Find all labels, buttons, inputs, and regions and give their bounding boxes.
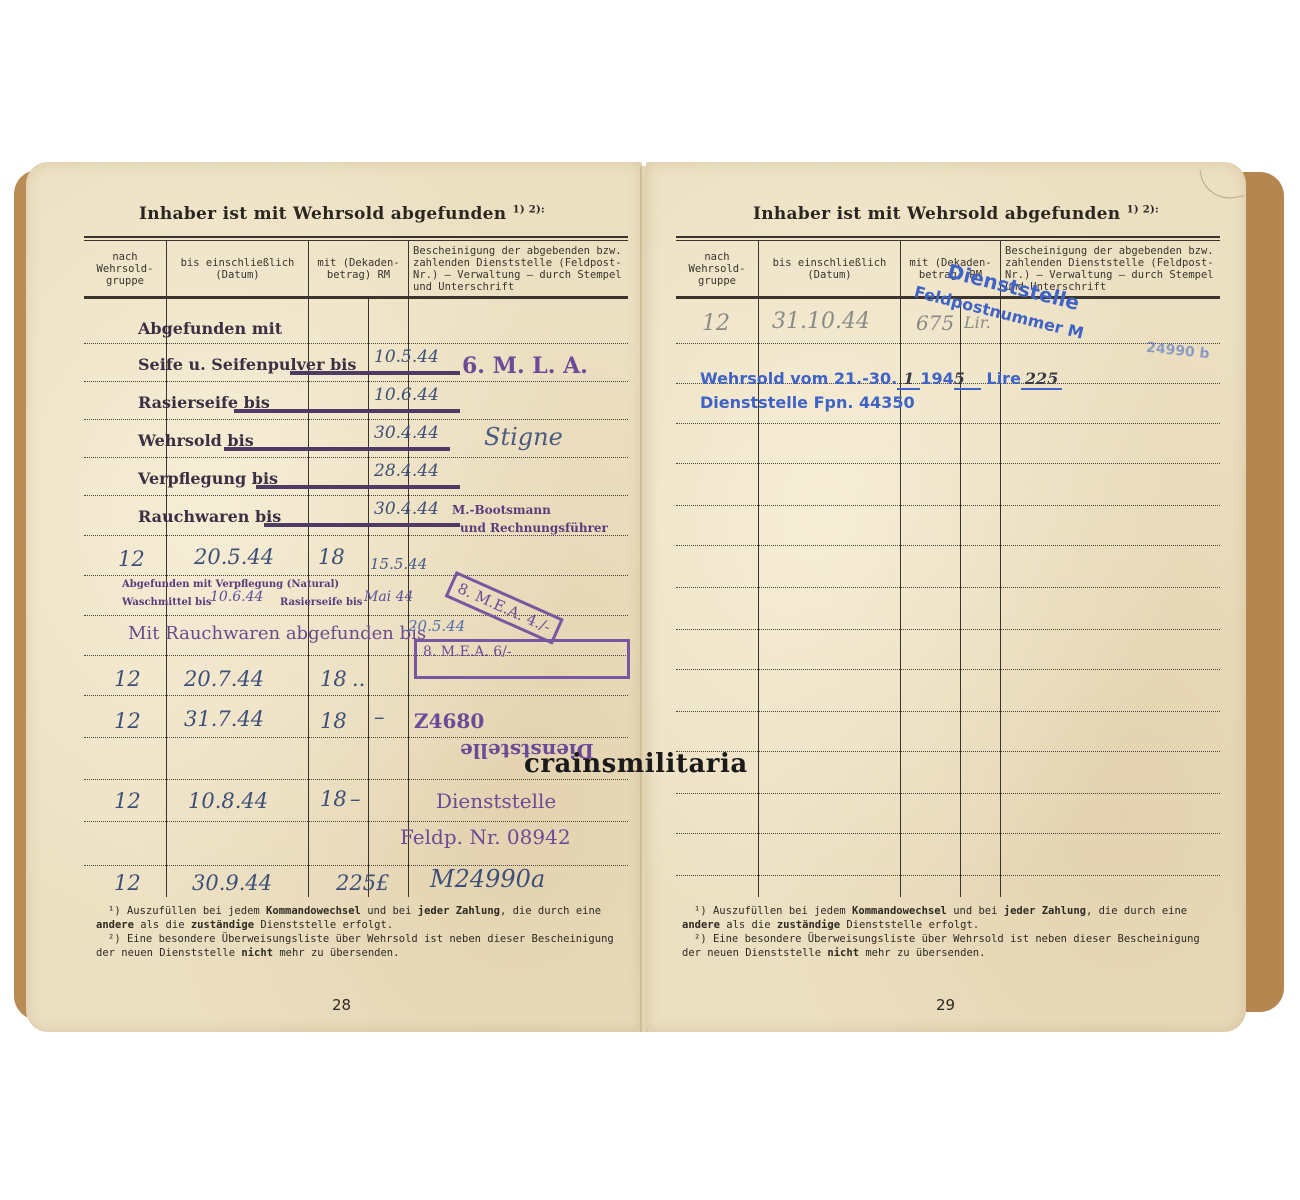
fn-text: und bei [361, 905, 418, 917]
stamp-unit: 6. M. L. A. [462, 353, 588, 379]
underline [224, 447, 450, 451]
stamp-number: Z4680 [414, 709, 484, 733]
fn-text: als die [134, 919, 191, 931]
page-title: Inhaber ist mit Wehrsold abgefunden 1) 2… [62, 204, 622, 224]
cell-datum: 20.5.44 [194, 545, 274, 569]
fn-text: Dienststelle erfolgt. [840, 919, 979, 931]
row-line [676, 751, 1220, 752]
row-line [84, 865, 628, 866]
row-line [676, 669, 1220, 670]
cell-datum: 30.9.44 [192, 871, 272, 895]
cell-betrag: 18 [320, 787, 347, 811]
title-text: Inhaber ist mit Wehrsold abgefunden [753, 204, 1121, 224]
wehrsold-currency: Lire [987, 369, 1021, 388]
col-header-datum: bis einschließlich (Datum) [758, 241, 900, 296]
waschmittel-label: Waschmittel bis [122, 597, 212, 608]
wehrsold-year-digit: 5 [954, 369, 981, 390]
row-line [84, 737, 628, 738]
stamp-box-mea6: 8. M.E.A. 6/- [414, 639, 630, 679]
underline [234, 409, 460, 413]
wehrsold-stamp: Wehrsold vom 21.-30.11945 Lire225 [700, 369, 1062, 388]
row-line [676, 711, 1220, 712]
row-line [84, 695, 628, 696]
page-28: Inhaber ist mit Wehrsold abgefunden 1) 2… [26, 162, 642, 1032]
col-header-gruppe: nach Wehrsold-gruppe [84, 241, 166, 296]
fn-bold: zuständige [191, 919, 254, 931]
row-line [84, 419, 628, 420]
cell-betrag: 675 [916, 311, 954, 335]
rasierseife-label: Rasierseife bis [280, 597, 362, 608]
row-line [676, 463, 1220, 464]
wehrsold-prefix: Wehrsold vom 21.-30. [700, 369, 897, 388]
col-header-betrag: mit (Dekaden-betrag) RM [308, 241, 408, 296]
cell-betrag: 225 [336, 871, 376, 895]
col-header-datum: bis einschließlich (Datum) [166, 241, 308, 296]
row-line [676, 793, 1220, 794]
fn-text: , die durch eine [500, 905, 601, 917]
cell-gruppe: 12 [114, 789, 141, 813]
cell-datum: 10.8.44 [188, 789, 268, 813]
fn-bold: nicht [827, 947, 859, 959]
abgefunden-heading: Abgefunden mit [138, 319, 282, 338]
row-line [676, 587, 1220, 588]
date-handwritten: 30.4.44 [374, 499, 439, 519]
rauchwaren-label: Mit Rauchwaren abgefunden bis [128, 623, 426, 644]
fn-text: Dienststelle erfolgt. [254, 919, 393, 931]
rauchwaren-date: 20.5.44 [408, 617, 465, 635]
cell-gruppe: 12 [114, 871, 141, 895]
cell-bescheinigung: M24990a [430, 865, 545, 893]
table-body: 12 31.10.44 675 Lir. Dienststelle Feldpo… [676, 299, 1220, 897]
rasierseife-date: Mai 44 [364, 589, 413, 605]
row-line [84, 343, 628, 344]
stamp-dienststelle: Dienststelle [436, 789, 556, 813]
row-line [84, 457, 628, 458]
date-handwritten: 30.4.44 [374, 423, 439, 443]
footnotes: ¹) Auszufüllen bei jedem Kommandowechsel… [96, 904, 636, 960]
row-line [84, 495, 628, 496]
cell-datum: 31.10.44 [772, 309, 870, 334]
date-handwritten: 10.6.44 [374, 385, 439, 405]
fn-text: , die durch eine [1086, 905, 1187, 917]
footnote-markers: 1) 2): [1127, 204, 1159, 215]
dienststelle-fpn-stamp: Dienststelle Fpn. 44350 [700, 393, 915, 412]
signature: Stigne [484, 423, 563, 451]
page-title: Inhaber ist mit Wehrsold abgefunden 1) 2… [666, 204, 1246, 224]
row-line [84, 779, 628, 780]
row-line [676, 629, 1220, 630]
column-divider [758, 299, 759, 897]
row-line [84, 535, 628, 536]
cell-gruppe: 12 [702, 311, 730, 336]
fn-text: ¹) Auszufüllen bei jedem [694, 905, 852, 917]
fn-text: ¹) Auszufüllen bei jedem [108, 905, 266, 917]
fn-bold: andere [96, 919, 134, 931]
title-text: Inhaber ist mit Wehrsold abgefunden [139, 204, 507, 224]
row-line [676, 505, 1220, 506]
fn-bold: zuständige [777, 919, 840, 931]
row-line [676, 545, 1220, 546]
date-handwritten: 10.5.44 [374, 347, 439, 367]
underline [256, 485, 460, 489]
open-booklet: Inhaber ist mit Wehrsold abgefunden 1) 2… [14, 162, 1284, 1037]
fn-bold: nicht [241, 947, 273, 959]
wehrsold-month: 1 [897, 369, 920, 390]
cell-datum: 31.7.44 [184, 707, 264, 731]
col-header-bescheinigung: Bescheinigung der abgebenden bzw. zahlen… [408, 241, 628, 296]
cell-betrag: 18 [320, 667, 347, 691]
row-line [676, 833, 1220, 834]
cell-note: 15.5.44 [370, 555, 427, 573]
watermark: crainsmilitaria [524, 749, 748, 779]
pay-table: nach Wehrsold-gruppe bis einschließlich … [84, 236, 628, 897]
row-line [676, 343, 1220, 344]
cell-gruppe: 12 [114, 667, 141, 691]
fn-bold: Kommandowechsel [852, 905, 947, 917]
footnotes: ¹) Auszufüllen bei jedem Kommandowechsel… [682, 904, 1222, 960]
underline [290, 371, 460, 375]
fn-bold: jeder Zahlung [418, 905, 500, 917]
underline [264, 523, 460, 527]
fn-bold: Kommandowechsel [266, 905, 361, 917]
waschmittel-date: 10.6.44 [210, 589, 263, 605]
footnote-1: ¹) Auszufüllen bei jedem Kommandowechsel… [682, 904, 1222, 932]
cell-suffix: – [350, 787, 361, 811]
stamp-role: und Rechnungsführer [460, 521, 608, 535]
corner-crease [1199, 163, 1244, 203]
footnote-2: ²) Eine besondere Überweisungsliste über… [682, 932, 1222, 960]
fn-text: und bei [947, 905, 1004, 917]
cell-betrag: 18 [320, 709, 347, 733]
stamp-role: M.-Bootsmann [452, 503, 551, 517]
fn-bold: jeder Zahlung [1004, 905, 1086, 917]
stamp-feldpost: Feldp. Nr. 08942 [400, 825, 571, 849]
cell-gruppe: 12 [118, 547, 145, 571]
fn-text: mehr zu übersenden. [273, 947, 399, 959]
cell-suffix: £ [376, 871, 389, 895]
row-line [84, 575, 628, 576]
cell-betrag: 18 [318, 545, 345, 569]
table-header: nach Wehrsold-gruppe bis einschließlich … [84, 241, 628, 299]
fn-text: mehr zu übersenden. [859, 947, 985, 959]
footnote-markers: 1) 2): [513, 204, 545, 215]
item-label: Rauchwaren bis [138, 507, 281, 526]
page-number: 28 [332, 996, 351, 1014]
cell-gruppe: 12 [114, 709, 141, 733]
fn-bold: andere [682, 919, 720, 931]
wehrsold-amount: 225 [1021, 369, 1062, 390]
cell-datum: 20.7.44 [184, 667, 264, 691]
cell-suffix: .. [352, 667, 365, 691]
footnote-1: ¹) Auszufüllen bei jedem Kommandowechsel… [96, 904, 636, 932]
row-line [84, 381, 628, 382]
cell-suffix: – [374, 705, 385, 729]
row-line [676, 875, 1220, 876]
pay-table: nach Wehrsold-gruppe bis einschließlich … [676, 236, 1220, 897]
row-line [84, 821, 628, 822]
col-header-gruppe: nach Wehrsold-gruppe [676, 241, 758, 296]
page-29: Inhaber ist mit Wehrsold abgefunden 1) 2… [646, 162, 1246, 1032]
column-divider [1000, 299, 1001, 897]
row-line [676, 423, 1220, 424]
date-handwritten: 28.4.44 [374, 461, 439, 481]
footnote-2: ²) Eine besondere Überweisungsliste über… [96, 932, 636, 960]
page-number: 29 [936, 996, 955, 1014]
table-body: Abgefunden mit Seife u. Seifenpulver bis… [84, 299, 628, 897]
fn-text: als die [720, 919, 777, 931]
wehrsold-year-prefix: 194 [920, 369, 953, 388]
